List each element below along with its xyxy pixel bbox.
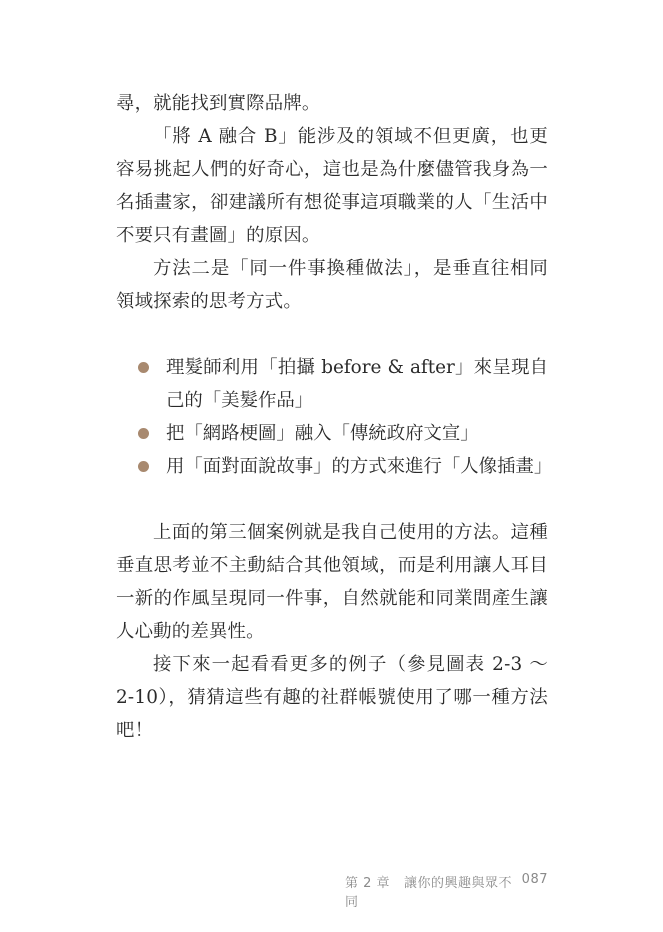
list-item-text: 把「網路梗圖」融入「傳統政府文宣」 (166, 423, 479, 444)
list-item: 把「網路梗圖」融入「傳統政府文宣」 (116, 417, 548, 450)
chapter-label: 第 2 章 (345, 876, 390, 891)
running-header: 第 2 章讓你的興趣與眾不同 (345, 872, 522, 910)
paragraph: 接下來一起看看更多的例子（參見圖表 2-3 ～ 2-10），猜猜這些有趣的社群帳… (116, 648, 548, 747)
paragraph: 尋，就能找到實際品牌。 (116, 87, 548, 120)
list-item-text: 用「面對面說故事」的方式來進行「人像插畫」 (166, 456, 552, 477)
paragraph: 「將 A 融合 B」能涉及的領域不但更廣，也更容易挑起人們的好奇心，這也是為什麼… (116, 120, 548, 252)
paragraph: 方法二是「同一件事換種做法」，是垂直往相同領域探索的思考方式。 (116, 252, 548, 318)
bullet-dot-icon (138, 428, 149, 439)
page-number: 087 (522, 872, 548, 910)
spacer (116, 318, 548, 351)
list-item: 用「面對面說故事」的方式來進行「人像插畫」 (116, 450, 548, 483)
list-item-text: 理髮師利用「拍攝 before & after」來呈現自己的「美髮作品」 (166, 357, 548, 411)
bullet-list: 理髮師利用「拍攝 before & after」來呈現自己的「美髮作品」 把「網… (116, 351, 548, 483)
bullet-dot-icon (138, 461, 149, 472)
spacer (116, 483, 548, 516)
list-item: 理髮師利用「拍攝 before & after」來呈現自己的「美髮作品」 (116, 351, 548, 417)
page-footer: 第 2 章讓你的興趣與眾不同 087 (345, 872, 548, 910)
page-body: 尋，就能找到實際品牌。 「將 A 融合 B」能涉及的領域不但更廣，也更容易挑起人… (116, 87, 548, 747)
bullet-dot-icon (138, 362, 149, 373)
paragraph: 上面的第三個案例就是我自己使用的方法。這種垂直思考並不主動結合其他領域，而是利用… (116, 516, 548, 648)
